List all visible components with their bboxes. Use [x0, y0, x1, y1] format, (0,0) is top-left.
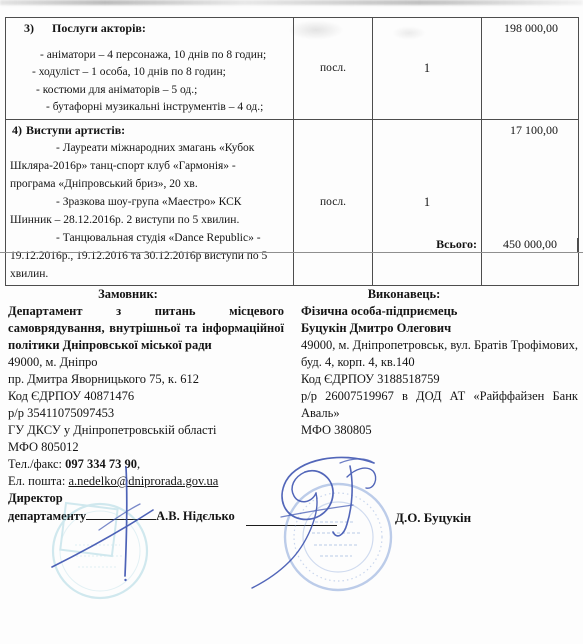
service-item: - аніматори – 4 персонажа, 10 днів по 8 …	[40, 47, 287, 65]
customer-street-line: пр. Дмитра Яворницького 75, к. 612	[8, 371, 284, 388]
contractor-edrpou-line: Код ЄДРПОУ 3188518759	[301, 371, 578, 388]
service-item-list: - аніматори – 4 персонажа, 10 днів по 8 …	[10, 47, 287, 117]
service-item-line: Шкляра-2016р» танц-спорт клуб «Гармонія»…	[10, 157, 287, 175]
customer-email-line: Ел. пошта: a.nedelko@dniprorada.gov.ua	[8, 473, 284, 490]
director-name: А.В. Нідєлько	[156, 509, 235, 523]
email-label: Ел. пошта:	[8, 474, 68, 488]
total-label: Всього:	[0, 238, 477, 252]
amount-cell: 198 000,00	[482, 18, 579, 120]
email-link[interactable]: a.nedelko@dniprorada.gov.ua	[68, 474, 218, 488]
amount-cell: 17 100,00	[482, 119, 579, 286]
scanned-contract-page: 3)Послуги акторів: - аніматори – 4 персо…	[0, 0, 583, 644]
description-cell: 3)Послуги акторів: - аніматори – 4 персо…	[6, 18, 294, 120]
service-item-line: - Лауреати міжнародних змагань «Кубок	[10, 139, 287, 157]
contractor-sign-name: Д.О. Буцукін	[395, 510, 471, 526]
service-item-line: хвилин.	[10, 265, 287, 283]
contractor-account-line: р/р 26007519967 в ДОД АТ «Райффайзен Бан…	[301, 388, 578, 422]
contractor-signature-row: Д.О. Буцукін	[246, 510, 471, 526]
phone-number: 097 334 73 90	[65, 457, 137, 471]
signature-line	[86, 507, 156, 520]
contractor-type: Фізична особа-підприємець	[301, 303, 578, 320]
customer-edrpou-line: Код ЄДРПОУ 40871476	[8, 388, 284, 405]
service-item: - ходуліст – 1 особа, 10 днів по 8 годин…	[32, 64, 287, 82]
total-amount: 450 000,00	[481, 238, 578, 252]
scan-edge-noise	[0, 0, 583, 5]
quantity-cell: 1	[373, 18, 482, 120]
director-title: Директор	[8, 490, 284, 507]
contractor-mfo-line: МФО 380805	[301, 422, 578, 439]
row-title: 4)Виступи артистів:	[10, 122, 287, 140]
row-number: 3)	[24, 21, 34, 35]
customer-phone-line: Тел./факс: 097 334 73 90,	[8, 456, 284, 473]
unit-cell: посл.	[294, 18, 373, 120]
table-row-artist-performances: 4)Виступи артистів: - Лауреати міжнародн…	[6, 119, 579, 286]
service-item: - костюми для аніматорів – 5 од.;	[36, 82, 287, 100]
contractor-stamp	[285, 484, 391, 590]
contractor-heading: Виконавець:	[301, 286, 507, 303]
director-signature-row: департаментуА.В. Нідєлько	[8, 507, 284, 525]
signature-line	[246, 510, 337, 526]
customer-account-line: р/р 35411075097453	[8, 405, 284, 422]
row-number: 4)	[12, 123, 22, 137]
row-title: 3)Послуги акторів:	[10, 20, 287, 38]
contractor-name: Буцукін Дмитро Олегович	[301, 320, 578, 337]
customer-heading: Замовник:	[8, 286, 248, 303]
service-item-line: - Зразкова шоу-група «Маестро» КСК	[10, 193, 287, 211]
customer-bank-line: ГУ ДКСУ у Дніпропетровській області	[8, 422, 284, 439]
customer-city-line: 49000, м. Дніпро	[8, 354, 284, 371]
total-row: Всього: 450 000,00	[0, 238, 583, 253]
phone-label: Тел./факс:	[8, 457, 65, 471]
description-cell: 4)Виступи артистів: - Лауреати міжнародн…	[6, 119, 294, 286]
customer-organization: Департамент з питань місцевого самовряду…	[8, 303, 284, 354]
service-item: - бутафорні музикальні інструментів – 4 …	[46, 99, 287, 117]
service-item-line: програма «Дніпровський бриз», 20 хв.	[10, 175, 287, 193]
phone-suffix: ,	[137, 457, 140, 471]
director-role: департаменту	[8, 509, 86, 523]
contractor-block: Виконавець: Фізична особа-підприємець Бу…	[301, 286, 578, 439]
quantity-cell: 1	[373, 119, 482, 286]
customer-mfo-line: МФО 805012	[8, 439, 284, 456]
contractor-address: 49000, м. Дніпропетровськ, вул. Братів Т…	[301, 337, 578, 371]
unit-cell: посл.	[294, 119, 373, 286]
table-row-actor-services: 3)Послуги акторів: - аніматори – 4 персо…	[6, 18, 579, 120]
service-item-line: Шинник – 28.12.2016р. 2 виступи по 5 хви…	[10, 211, 287, 229]
customer-block: Замовник: Департамент з питань місцевого…	[8, 286, 284, 525]
